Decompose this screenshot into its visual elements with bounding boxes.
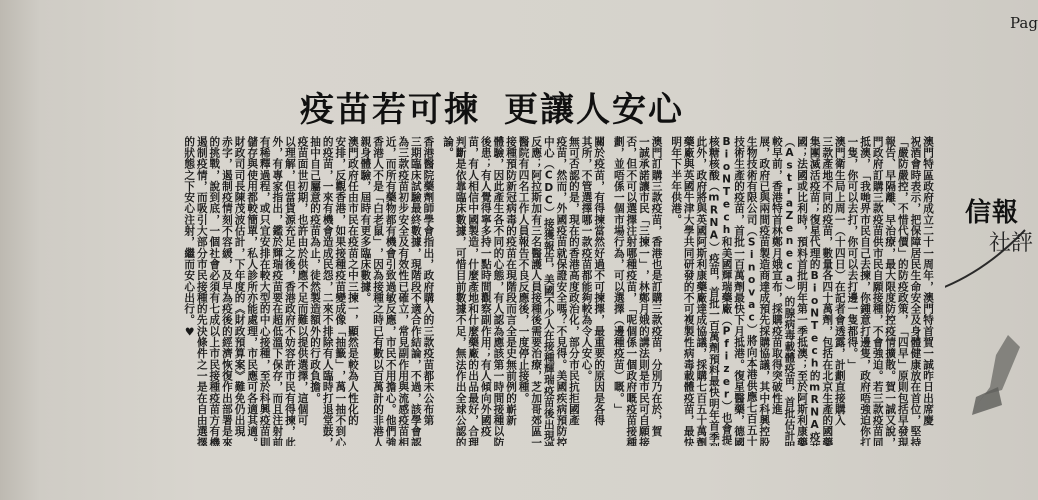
- fountain-pen-nib-icon: [962, 335, 1022, 415]
- text-column: 明年下半年供港。: [670, 136, 683, 446]
- text-column: 有稀釋過程，或只宜安排在較大型的中心接種，至於科興疫苗則: [258, 136, 271, 446]
- text-column: 國；法國或比利時，預料首批明年第一季抵澳；至於阿斯利康藥廠: [795, 136, 808, 446]
- text-column: 一誠承諾讓市民「三揀一」，林鄭月娥的講法則是市民可自願接種與: [637, 136, 650, 446]
- text-column: 的挑戰，說到底，一個社會必須有七成以上市民接種疫苗方有機會: [208, 136, 221, 446]
- text-column: 財政司司長陳茂波估計，下年度的《財政預算案》難免仍出現: [233, 136, 246, 446]
- text-column: 以理解，但當貨源充足之後，香港政府不妨容許市民有得揀，此: [283, 136, 296, 446]
- text-column: 遏制疫情，而吸引大部分市民接種的先決條件之一是在自由選擇: [195, 136, 208, 446]
- column-badge: 信報 社評: [945, 162, 1038, 302]
- text-column: 報告、早隔離、早治療，最大限度防控疫情擴散。賀一誠又說，澳: [884, 136, 897, 446]
- text-column: 香港人不是「白老鼠」，因為接種之時已有數以百萬計的非港人經: [371, 136, 384, 446]
- text-column: 體驗，因此產生各不同的心態，有人認為應該第一時間接種以防: [492, 136, 505, 446]
- text-column: 醫院有四名工作人員報告不良反應後，一度停止接種。: [517, 136, 530, 446]
- headline-part-2: 更讓人安心: [504, 82, 684, 131]
- page-number-label: Pag: [1010, 14, 1038, 32]
- text-column: 否，但不可以選擇注射哪種疫苗，「呢個係一個政府嘅疫苗接種計: [625, 136, 638, 446]
- text-column: 藥廠與英國牛津大學共同研發的不可複製性病毒載體疫苗，最快: [682, 136, 695, 446]
- text-column: 澳門特區政府成立二十一周年，澳門特首賀一誠昨日出席慶: [921, 136, 934, 446]
- text-column: （AstraZeneca）的腺病毒載體疫苗，首批估計明年第二季有貨。: [783, 136, 796, 446]
- text-column: 反應；阿拉斯加有三名醫護人員接種後需要治療，芝加哥郊區一家: [530, 136, 543, 446]
- text-column: 三期臨床試驗最終數據，現階段不適合作結論，不過，該學會認: [409, 136, 422, 446]
- text-column: 此外，政府將與英國阿斯利康藥廠達成協議，採購七百五十萬劑該: [695, 136, 708, 446]
- text-column: 苗，有人相信中國製造，什麼產地和什麼藥廠的出品最好，合理的: [467, 136, 480, 446]
- text-column: 關於疫苗，有得揀當然好過不可揀擇，最重要的原因是各得: [593, 136, 606, 446]
- text-column: 「嚴防嚴控，不惜代價」的防疫政策，「四早」原則包括早發現、早: [896, 136, 909, 446]
- text-column: 判斷是依靠臨床數據，可惜目前數據不足，無法作出全球公認的定: [454, 136, 467, 446]
- text-column: 澳門政府任由市民在疫苗之中三揀一，顯然是較為人性化的: [346, 136, 359, 446]
- text-column: 澳門訂購三款疫苗，香港也是訂購三款疫苗，分別乃在於，賀: [650, 136, 663, 446]
- text-column: 三款產地不同的疫苗，數量各四十萬劑，包括在北京生產的國藥: [821, 136, 834, 446]
- text-column: 祝酒會時表示，把保障居民生命安全及身體健康放在首位，堅持: [909, 136, 922, 446]
- text-column: 外，有專家指出，鑑於輝瑞疫苗要在超低溫下保存，而且注射前需: [271, 136, 284, 446]
- text-column: 生物技術有限公司（Sinovac）將向本港供應七百五十萬劑以滅活: [745, 136, 758, 446]
- text-column: 的疫苗，一來有機會造成民怨，二來不排除有人臨時打退堂鼓，直至: [321, 136, 334, 446]
- text-column: 後患；有人覺得寧多持一點時間觀察副作用；有人傾向外國疫: [479, 136, 492, 446]
- text-column: 澳門衛生局上周一（十四日）在記者會透露，計劃直接購入: [833, 136, 846, 446]
- text-column: 論。: [441, 136, 454, 446]
- badge-subtitle: 社評: [989, 226, 1033, 257]
- text-column: 儲存與使用都較簡單，私人診所亦能處理，市民應可各適其適。: [246, 136, 259, 446]
- text-column-last: 的狀態之下安心注射，繼而安心出行。♥: [183, 136, 196, 446]
- text-column: 核糖核酸（mRNA）疫苗，首批一百萬劑預料最快明年首季到港。: [707, 136, 720, 446]
- text-column: 一隻，你可以去打，你可以去打邊一隻都得。」: [846, 136, 859, 446]
- newspaper-page: Pag 疫苗若可揀更讓人安心 信報 社評 澳門特區政府成立二十一周年，澳門特首賀…: [0, 0, 1038, 500]
- text-column: 疫苗面世初期，也許由於供應不足而難以提供選擇，這個可: [296, 136, 309, 446]
- text-column: 抽中自己屬意的疫苗為止，徒然製造額外的行政負擔。: [309, 136, 322, 446]
- text-column: 較早前，香港特首林鄭月娥宣布，採購疫苗取得突破性進: [770, 136, 783, 446]
- article-body: 澳門特區政府成立二十一周年，澳門特首賀一誠昨日出席慶 祝酒會時表示，把保障居民生…: [84, 136, 934, 456]
- last-line-text: 的狀態之下安心注射，繼而安心出行。: [183, 136, 195, 326]
- text-column: 香港醫院藥劑師學會指出，政府購入的三款疫苗都未公布第: [422, 136, 435, 446]
- text-column: 疫苗，然而，外國疫苗就保證安全嗎？不見得。美國疾病預防控制: [555, 136, 568, 446]
- badge-title: 信報: [965, 192, 1019, 229]
- text-column: BioNTech和美國輝瑞藥廠（Pfizer）也會提供七百五十萬劑信使: [720, 136, 733, 446]
- text-column: 抵澳，「我哋畀市民自己去揀，你鍾意打邊隻，政府唔強迫你打邊: [858, 136, 871, 446]
- text-column: 為三款疫苗初步安全及有效性已確立，常見副作用與流感疫苗相: [397, 136, 410, 446]
- headline-part-1: 疫苗若可揀: [300, 82, 480, 131]
- text-column: 展，政府已與兩間疫苗製造商達成預先採購協議，其中科興控股: [758, 136, 771, 446]
- text-column: 劃，並唔係一個市場行為，可以選擇（邊種疫苗）嘅。」: [612, 136, 625, 446]
- text-column: 技術生產的疫苗，首批一百萬劑最快下月抵港。復星醫藥，德國: [733, 136, 746, 446]
- text-column: 近，而所有藥物都有機會引致過敏反應，市民不用擔心。他們強調: [384, 136, 397, 446]
- text-column: 其所，不管選擇哪一款疫苗都能夠較為令人安心。: [580, 136, 593, 446]
- text-column: 親身體驗，屆時有更多臨床數據。: [359, 136, 372, 446]
- text-column: 集團滅活疫苗；復星代理的BioNTech的mRNA疫苗，產地為德: [808, 136, 821, 446]
- text-column: 中心（CDC）接獲報告，美國不少人在接種輝瑞疫苗後出現過敏: [542, 136, 555, 446]
- editorial-headline: 疫苗若可揀更讓人安心: [300, 82, 740, 131]
- text-column: 接種預防新冠病毒的疫苗在現階段而言全是史無前例的嶄新: [504, 136, 517, 446]
- text-column: 無可否認的是，現在的香港高度政治化，部分市民抗拒國產: [567, 136, 580, 446]
- text-column: 門政府訂購三款疫苗供市民自願接種，不會強迫。若三款疫苗同時: [871, 136, 884, 446]
- text-column: 赤字，遏制疫情刻不容緩，及早為疫後的經濟恢復作出部署是來年: [220, 136, 233, 446]
- text-column: 安排，反觀香港，如果接種疫苗變成像「抽籤」，萬一抽不到心儀: [334, 136, 347, 446]
- end-of-article-heart-icon: ♥: [183, 326, 195, 340]
